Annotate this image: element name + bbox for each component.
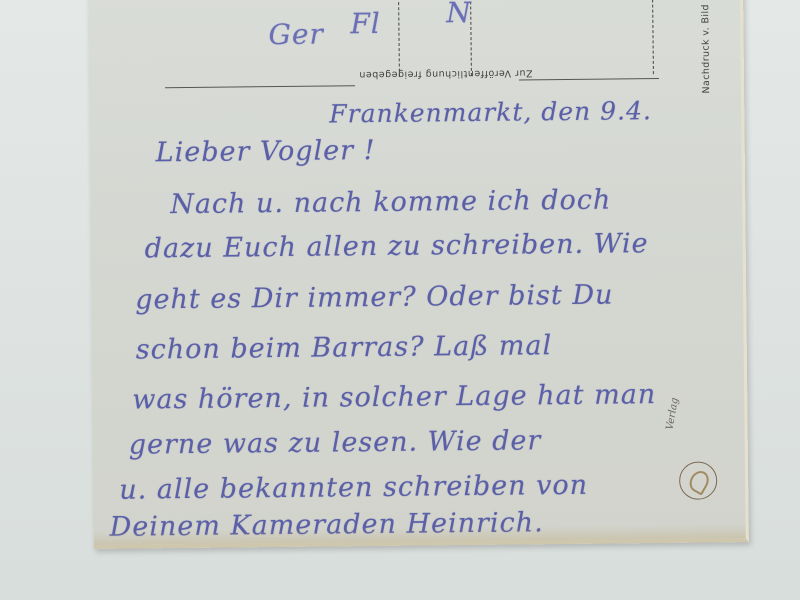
side-print-text: Nachdruck v. Bild u. Text verboten Beste… xyxy=(698,0,712,94)
address-divider-line xyxy=(398,0,400,77)
letter-line: was hören, in solcher Lage hat man xyxy=(132,379,656,415)
address-fragment: Ger xyxy=(268,18,324,52)
letter-line: gerne was zu lesen. Wie der xyxy=(129,425,542,460)
address-fragment: N xyxy=(446,0,472,29)
publisher-logo-icon xyxy=(679,461,717,499)
printed-rule xyxy=(165,85,355,88)
letter-line: dazu Euch allen zu schreiben. Wie xyxy=(145,228,649,264)
letter-line: Nach u. nach komme ich doch xyxy=(170,185,611,221)
address-fragment: Fl xyxy=(350,7,381,40)
publisher-signature: Verlag xyxy=(665,397,681,431)
letter-line: u. alle bekannten schreiben von xyxy=(119,470,588,506)
address-divider-line xyxy=(652,0,654,74)
printed-rule xyxy=(519,78,659,80)
salutation: Lieber Vogler ! xyxy=(156,135,376,168)
letter-line: schon beim Barras? Laß mal xyxy=(136,330,553,365)
postcard: Zur Veröffentlichung freigegeben Nachdru… xyxy=(88,0,749,549)
place-date: Frankenmarkt, den 9.4. xyxy=(329,96,652,128)
release-note-text: Zur Veröffentlichung freigegeben xyxy=(359,67,533,80)
letter-line: geht es Dir immer? Oder bist Du xyxy=(135,280,613,316)
